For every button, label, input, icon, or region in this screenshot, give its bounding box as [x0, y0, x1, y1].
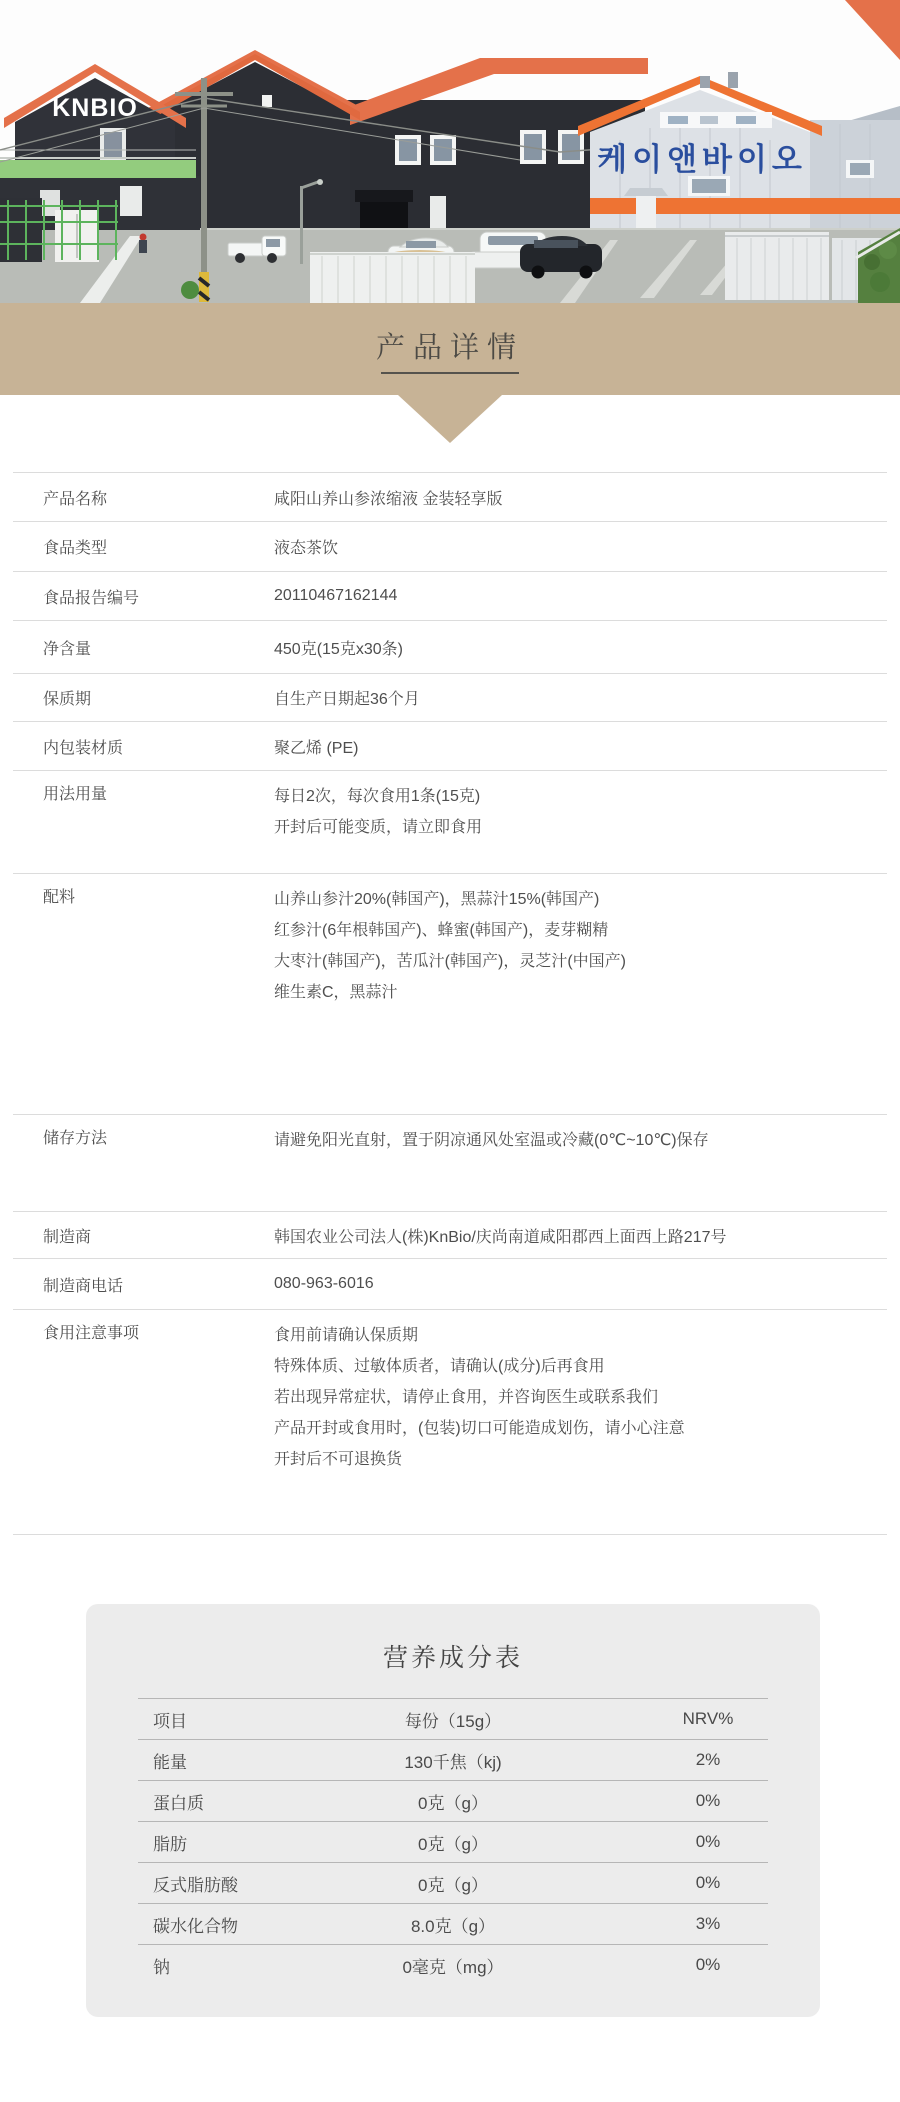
nutrition-row-carbohydrate: 碳水化合物 8.0克（g） 3% — [138, 1904, 768, 1945]
center-shed — [310, 250, 475, 303]
nutrition-header-row: 项目 每份（15g） NRV% — [138, 1699, 768, 1740]
spec-value: 液态茶饮 — [274, 535, 887, 558]
spec-row-inner-packaging: 内包装材质 聚乙烯 (PE) — [13, 721, 887, 770]
spec-value: 自生产日期起36个月 — [274, 686, 887, 709]
spec-row-net-content: 净含量 450克(15克x30条) — [13, 620, 887, 673]
nutrition-title: 营养成分表 — [86, 1604, 820, 1674]
spec-row-ingredients: 配料 山养山参汁20%(韩国产)，黑蒜汁15%(韩国产) 红参汁(6年根韩国产)… — [13, 873, 887, 1114]
spec-value: 080-963-6016 — [274, 1275, 887, 1293]
nutrition-header-item: 项目 — [138, 1707, 258, 1732]
product-spec-table: 产品名称 咸阳山养山参浓缩液 金装轻享版 食品类型 液态茶饮 食品报告编号 20… — [13, 472, 887, 1535]
spec-value: 每日2次，每次食用1条(15克) 开封后可能变质，请立即食用 — [274, 771, 887, 843]
spec-row-food-type: 食品类型 液态茶饮 — [13, 521, 887, 571]
spec-label: 制造商电话 — [13, 1273, 274, 1296]
spec-label: 制造商 — [13, 1224, 274, 1247]
spec-value: 食用前请确认保质期 特殊体质、过敏体质者，请确认(成分)后再食用 若出现异常症状… — [274, 1310, 887, 1475]
nutrition-facts-box: 营养成分表 项目 每份（15g） NRV% 能量 130千焦（kj) 2% 蛋白… — [86, 1604, 820, 2017]
nutrition-row-energy: 能量 130千焦（kj) 2% — [138, 1740, 768, 1781]
nutrition-header-per-serving: 每份（15g） — [258, 1707, 648, 1732]
factory-photo: KNBIO — [0, 0, 900, 303]
spec-label: 保质期 — [13, 686, 274, 709]
section-banner: 产品详情 — [0, 303, 900, 395]
spec-value: 20110467162144 — [274, 587, 887, 605]
spec-row-precautions: 食用注意事项 食用前请确认保质期 特殊体质、过敏体质者，请确认(成分)后再食用 … — [13, 1309, 887, 1534]
product-detail-page: KNBIO — [0, 0, 900, 2102]
spec-label: 食用注意事项 — [13, 1310, 274, 1343]
spec-label: 用法用量 — [13, 771, 274, 804]
pedestrian — [139, 234, 147, 254]
section-title-underline — [381, 372, 519, 374]
spec-value: 咸阳山养山参浓缩液 金装轻享版 — [274, 486, 887, 509]
spec-value: 450克(15克x30条) — [274, 636, 887, 659]
spec-value: 聚乙烯 (PE) — [274, 735, 887, 758]
nutrition-table: 项目 每份（15g） NRV% 能量 130千焦（kj) 2% 蛋白质 0克（g… — [138, 1698, 768, 1985]
spec-value: 韩国农业公司法人(株)KnBio/庆尚南道咸阳郡西上面西上路217号 — [274, 1224, 887, 1247]
nutrition-header-nrv: NRV% — [648, 1709, 768, 1729]
spec-row-shelf-life: 保质期 自生产日期起36个月 — [13, 673, 887, 721]
spec-label: 净含量 — [13, 636, 274, 659]
spec-label: 食品类型 — [13, 535, 274, 558]
spec-row-usage: 用法用量 每日2次，每次食用1条(15克) 开封后可能变质，请立即食用 — [13, 770, 887, 873]
spec-label: 内包装材质 — [13, 735, 274, 758]
banner-arrow-down — [398, 395, 502, 443]
spec-value: 山养山参汁20%(韩国产)，黑蒜汁15%(韩国产) 红参汁(6年根韩国产)、蜂蜜… — [274, 874, 887, 1008]
spec-label: 储存方法 — [13, 1115, 274, 1148]
spec-row-storage: 储存方法 请避免阳光直射，置于阴凉通风处室温或冷藏(0℃~10℃)保存 — [13, 1114, 887, 1211]
nutrition-row-trans-fat: 反式脂肪酸 0克（g） 0% — [138, 1863, 768, 1904]
white-car-partial — [468, 252, 526, 268]
nutrition-row-protein: 蛋白质 0克（g） 0% — [138, 1781, 768, 1822]
spec-label: 食品报告编号 — [13, 585, 274, 608]
spec-label: 产品名称 — [13, 486, 274, 509]
spec-row-product-name: 产品名称 咸阳山养山参浓缩液 金装轻享版 — [13, 472, 887, 521]
section-title: 产品详情 — [0, 303, 900, 366]
spec-row-manufacturer: 制造商 韩国农业公司法人(株)KnBio/庆尚南道咸阳郡西上面西上路217号 — [13, 1211, 887, 1258]
nutrition-row-sodium: 钠 0毫克（mg） 0% — [138, 1945, 768, 1985]
nutrition-row-fat: 脂肪 0克（g） 0% — [138, 1822, 768, 1863]
spec-row-manufacturer-phone: 制造商电话 080-963-6016 — [13, 1258, 887, 1309]
right-building-sign-text: 케이앤바이오 — [597, 142, 807, 177]
spec-label: 配料 — [13, 874, 274, 907]
spec-value: 请避免阳光直射，置于阴凉通风处室温或冷藏(0℃~10℃)保存 — [274, 1115, 887, 1156]
spec-row-report-number: 食品报告编号 20110467162144 — [13, 571, 887, 620]
